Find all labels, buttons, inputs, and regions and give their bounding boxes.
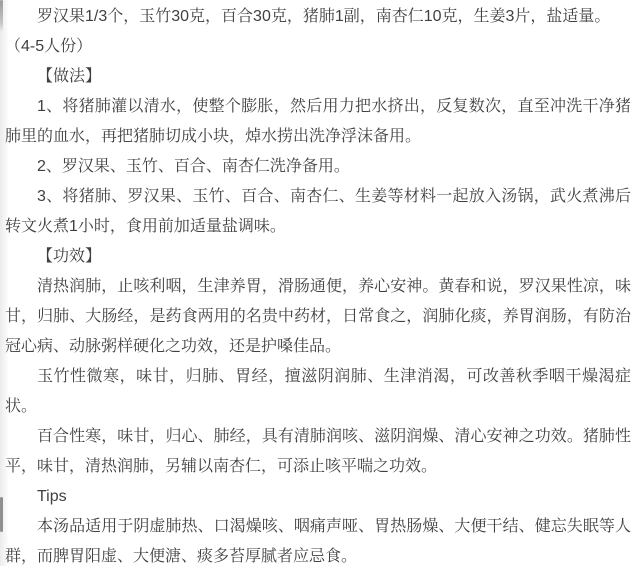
efficacy-paragraph-luohanguo: 清热润肺，止咳利咽，生津养胃，滑肠通便，养心安神。黄春和说，罗汉果性凉，味甘，归… — [5, 272, 631, 362]
recipe-article: 罗汉果1/3个，玉竹30克，百合30克，猪肺1副，南杏仁10克，生姜3片，盐适量… — [0, 0, 634, 566]
servings-line: （4-5人份） — [5, 32, 631, 62]
method-step-3: 3、将猪肺、罗汉果、玉竹、百合、南杏仁、生姜等材料一起放入汤锅，武火煮沸后转文火… — [5, 182, 631, 242]
method-heading: 【做法】 — [5, 62, 631, 92]
tips-paragraph: 本汤品适用于阴虚肺热、口渴燥咳、咽痛声哑、胃热肠燥、大便干结、健忘失眠等人群，而… — [5, 512, 631, 566]
ingredients-line: 罗汉果1/3个，玉竹30克，百合30克，猪肺1副，南杏仁10克，生姜3片，盐适量… — [5, 2, 631, 32]
method-step-2: 2、罗汉果、玉竹、百合、南杏仁洗净备用。 — [5, 152, 631, 182]
efficacy-heading: 【功效】 — [5, 242, 631, 272]
method-step-1: 1、将猪肺灌以清水，使整个膨胀，然后用力把水挤出，反复数次，直至冲洗干净猪肺里的… — [5, 92, 631, 152]
tips-heading: Tips — [5, 482, 631, 512]
efficacy-paragraph-yuzhu: 玉竹性微寒，味甘，归肺、胃经，擅滋阴润肺、生津消渴，可改善秋季咽干燥渴症状。 — [5, 362, 631, 422]
efficacy-paragraph-baihe: 百合性寒，味甘，归心、肺经，具有清肺润咳、滋阴润燥、清心安神之功效。猪肺性平，味… — [5, 422, 631, 482]
